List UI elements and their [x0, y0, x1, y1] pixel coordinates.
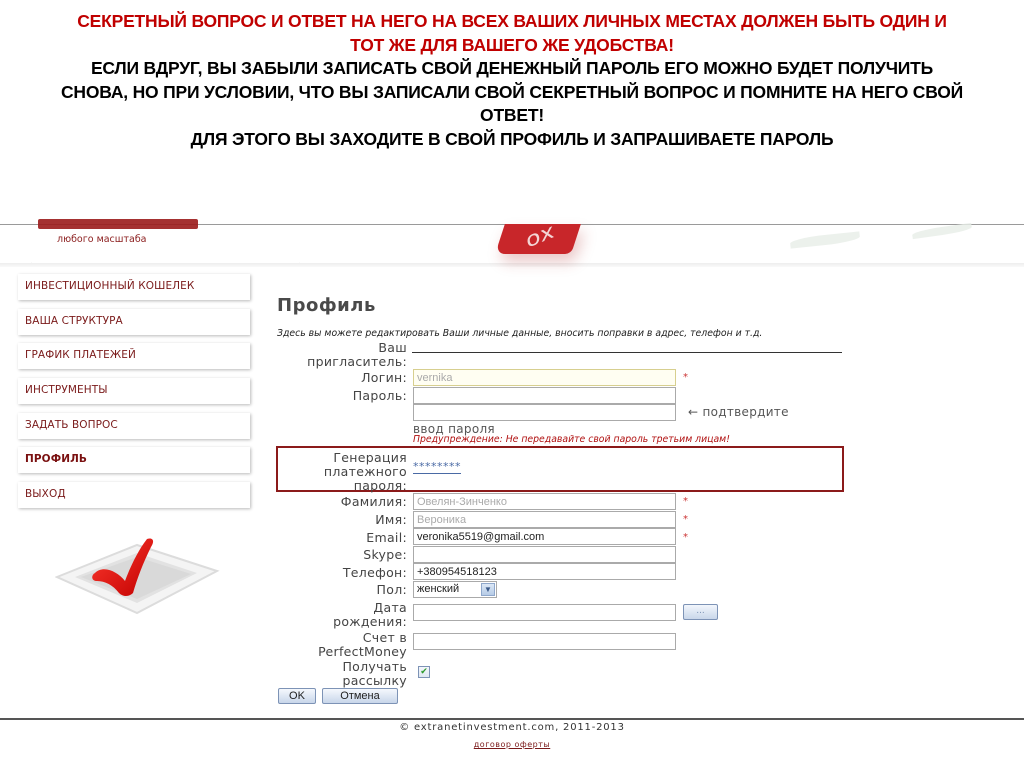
skype-label: Skype: — [277, 549, 407, 561]
gender-select[interactable]: женский ▼ — [413, 581, 497, 598]
dice-icon: ох — [495, 224, 581, 254]
surname-required-mark: * — [683, 496, 688, 507]
login-required-mark: * — [683, 372, 688, 383]
checkmark-icon: ✔ — [420, 667, 428, 677]
newsletter-label: Получать рассылку — [277, 661, 407, 687]
headline-red-line-1: СЕКРЕТНЫЙ ВОПРОС И ОТВЕТ НА НЕГО НА ВСЕХ… — [0, 10, 1024, 34]
intro-text: Здесь вы можете редактировать Ваши личны… — [277, 328, 762, 339]
sidebar-item-profile[interactable]: ПРОФИЛЬ — [18, 447, 250, 473]
name-required-mark: * — [683, 514, 688, 525]
checkmark-box-icon — [55, 535, 220, 615]
copyright-text: © extranetinvestment.com, 2011-2013 — [0, 722, 1024, 733]
email-required-mark: * — [683, 532, 688, 543]
name-label: Имя: — [277, 514, 407, 526]
headline-black-line-2: СНОВА, НО ПРИ УСЛОВИИ, ЧТО ВЫ ЗАПИСАЛИ С… — [0, 81, 1024, 105]
page-title: Профиль — [277, 295, 977, 316]
payment-password-label: Генерация платежного пароля: — [277, 452, 407, 492]
login-label: Логин: — [277, 372, 407, 384]
sidebar-nav: ИНВЕСТИЦИОННЫЙ КОШЕЛЕК ВАША СТРУКТУРА ГР… — [18, 274, 252, 517]
skype-input[interactable] — [413, 546, 676, 563]
logo[interactable]: любого масштаба — [0, 225, 300, 263]
leaf-decoration — [790, 231, 861, 248]
phone-label: Телефон: — [277, 567, 407, 579]
offer-agreement-link[interactable]: договор оферты — [0, 740, 1024, 749]
sidebar-item-investment-wallet[interactable]: ИНВЕСТИЦИОННЫЙ КОШЕЛЕК — [18, 274, 250, 300]
birth-date-label: Дата рождения: — [277, 602, 407, 628]
gender-label: Пол: — [277, 584, 407, 596]
headline-black-line-4: ДЛЯ ЭТОГО ВЫ ЗАХОДИТЕ В СВОЙ ПРОФИЛЬ И З… — [0, 128, 1024, 152]
slide-headline: СЕКРЕТНЫЙ ВОПРОС И ОТВЕТ НА НЕГО НА ВСЕХ… — [0, 10, 1024, 151]
chevron-down-icon[interactable]: ▼ — [481, 583, 495, 596]
password-label: Пароль: — [277, 390, 407, 402]
logo-wordmark — [38, 219, 198, 229]
newsletter-checkbox[interactable]: ✔ — [418, 666, 430, 678]
perfectmoney-input[interactable] — [413, 633, 676, 650]
sidebar-item-structure[interactable]: ВАША СТРУКТУРА — [18, 309, 250, 335]
sidebar-item-tools[interactable]: ИНСТРУМЕНТЫ — [18, 378, 250, 404]
surname-label: Фамилия: — [277, 496, 407, 508]
leaf-decoration — [912, 223, 973, 239]
sidebar-item-ask-question[interactable]: ЗАДАТЬ ВОПРОС — [18, 413, 250, 439]
sidebar-item-logout[interactable]: ВЫХОД — [18, 482, 250, 508]
password-input[interactable] — [413, 387, 676, 404]
password-warning: Предупреждение: Не передавайте свой паро… — [413, 434, 730, 445]
date-picker-button[interactable]: ... — [683, 604, 718, 620]
sidebar-item-payment-schedule[interactable]: ГРАФИК ПЛАТЕЖЕЙ — [18, 343, 250, 369]
inviter-value — [412, 352, 842, 353]
email-label: Email: — [277, 532, 407, 544]
footer-divider — [0, 718, 1024, 720]
headline-red-line-2: ТОТ ЖЕ ДЛЯ ВАШЕГО ЖЕ УДОБСТВА! — [0, 34, 1024, 58]
email-input[interactable]: veronika5519@gmail.com — [413, 528, 676, 545]
profile-content: Профиль Здесь вы можете редактировать Ва… — [277, 295, 977, 316]
birth-date-input[interactable] — [413, 604, 676, 621]
surname-input[interactable]: Овелян-Зинченко — [413, 493, 676, 510]
logo-subtitle: любого масштаба — [57, 234, 147, 245]
login-input[interactable]: vernika — [413, 369, 676, 386]
headline-black-line-1: ЕСЛИ ВДРУГ, ВЫ ЗАБЫЛИ ЗАПИСАТЬ СВОЙ ДЕНЕ… — [0, 57, 1024, 81]
generate-payment-password-link[interactable]: ******** — [413, 460, 461, 474]
perfectmoney-label: Счет в PerfectMoney — [277, 632, 407, 658]
confirm-hint: ← подтвердите — [688, 405, 789, 419]
cancel-button[interactable]: Отмена — [322, 688, 398, 704]
phone-input[interactable]: +380954518123 — [413, 563, 676, 580]
name-input[interactable]: Вероника — [413, 511, 676, 528]
password-confirm-input[interactable] — [413, 404, 676, 421]
headline-black-line-3: ОТВЕТ! — [0, 104, 1024, 128]
inviter-label: Ваш пригласитель: — [277, 342, 407, 368]
ok-button[interactable]: OK — [278, 688, 316, 704]
header-band — [0, 263, 1024, 267]
